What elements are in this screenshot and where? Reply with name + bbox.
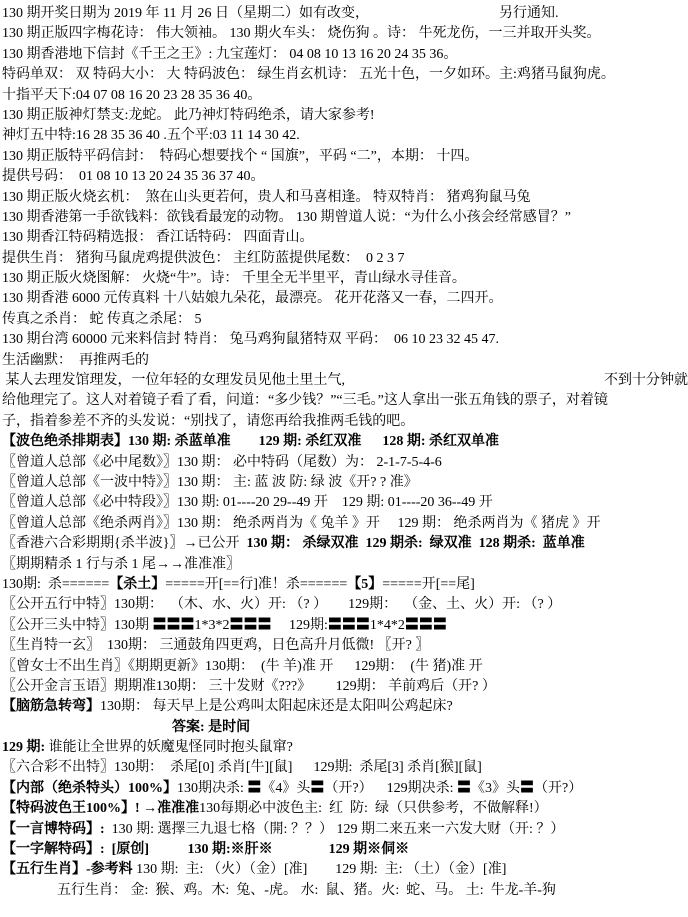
spacer xyxy=(369,14,499,15)
text-segment: 〓 xyxy=(247,779,261,799)
text-segment: 130期： 每天早上是公鸡叫太阳起床还是太阳叫公鸡起床? xyxy=(100,697,453,717)
line-shendeng-jin: 130 期正版神灯禁支:龙蛇。 此乃神灯特码绝杀，请大家参考! xyxy=(2,106,688,126)
text-segment: 提供生肖： 猪狗马鼠虎鸡提供波色： 主红防蓝提供尾数： 0 2 3 7 xyxy=(2,249,405,269)
line-humor-title: 生活幽默： 再推两毛的 xyxy=(2,351,688,371)
text-segment: 130 期正版神灯禁支:龙蛇。 此乃神灯特码绝杀，请大家参考! xyxy=(2,106,375,126)
line-answer: 答案: 是时间 xyxy=(2,718,688,738)
text-segment: 〖公开三头中特〗130期 xyxy=(2,616,153,636)
text-segment: 130 期正版火烧图解： 火烧“牛”。诗： 千里全无半里平，青山绿水寻佳音。 xyxy=(2,269,466,289)
line-tigong-shengxiao: 提供生肖： 猪狗马鼠虎鸡提供波色： 主红防蓝提供尾数： 0 2 3 7 xyxy=(2,249,688,269)
text-segment: 另行通知. xyxy=(499,4,559,24)
text-segment: 特码单双： 双 特码大小： 大 特码波色： 绿生肖玄机诗： 五光十色，一夕如环。… xyxy=(2,65,615,85)
text-segment: 〓〓〓 xyxy=(230,616,272,636)
text-segment: 130每期必中波色主: 红 防: 绿（只供参考，不做解释!） xyxy=(199,799,547,819)
text-segment: 130 期: 主: （火）（金）[准] 129 期: 主: （土）（金）[准] xyxy=(136,860,506,880)
text-segment: 〓〓〓 xyxy=(153,616,195,636)
line-juesha-liangxiao: 〖曾道人总部《绝杀两肖》〗130 期： 绝杀两肖为《 兔羊 》开 129 期： … xyxy=(2,514,688,534)
line-shengxiao-teyixuan: 〖生肖特一玄〗 130期： 三通鼓角四更鸡，日色高升月低微! 〖开? 〗 xyxy=(2,636,688,656)
text-segment: =====开[==行]准！杀====== xyxy=(165,575,347,595)
text-segment: 【内部（绝杀特头）100%】 xyxy=(2,779,177,799)
line-bose-juesha: 【波色绝杀排期表】130 期: 杀蓝单准 129 期: 杀红双准 128 期: … xyxy=(2,432,688,452)
text-segment: 〓 xyxy=(520,779,534,799)
text-segment: 130 期正版特平码信封： 特码心想要找个 “ 国旗”，平码 “二”，本期： 十… xyxy=(2,147,478,167)
text-segment: 〓〓〓 xyxy=(328,616,370,636)
line-tema-danshuang: 特码单双： 双 特码大小： 大 特码波色： 绿生肖玄机诗： 五光十色，一夕如环。… xyxy=(2,65,688,85)
text-segment: （开?） xyxy=(534,779,582,799)
line-bizhong-weishu: 〖曾道人总部《必中尾数》〗130 期： 必中特码（尾数）为： 2-1-7-5-4… xyxy=(2,453,688,473)
text-segment: 生活幽默： 再推两毛的 xyxy=(2,351,149,371)
text-segment: 谁能让全世界的妖魔鬼怪同时抱头鼠窜? xyxy=(45,738,293,758)
text-segment: 130 期开奖日期为 2019 年 11 月 26 日（星期二）如有改变， xyxy=(2,4,369,24)
lottery-tips-document: 130 期开奖日期为 2019 年 11 月 26 日（星期二）如有改变，另行通… xyxy=(0,0,688,901)
line-humor-2: 给他理完了。这人对着镜子看了看，问道：“多少钱？”“三毛。”这人拿出一张五角钱的… xyxy=(2,391,688,411)
line-yuqian: 130 期香港第一手欲钱料：欲钱看最宠的动物。 130 期曾道人说：“为什么小孩… xyxy=(2,208,688,228)
text-segment: 十指平天下:04 07 08 16 20 23 28 35 36 40。 xyxy=(2,86,261,106)
line-yibo-zhongte: 〖曾道人总部《一波中特》〗130 期： 主: 蓝 波 防: 绿 波《开? ? 准… xyxy=(2,473,688,493)
line-humor-1: 某人去理发馆理发，一位年轻的女理发员见他土里土气,不到十分钟就 xyxy=(2,371,688,391)
spacer xyxy=(345,381,604,382)
text-segment: 给他理完了。这人对着镜子看了看，问道：“多少钱？”“三毛。”这人拿出一张五角钱的… xyxy=(2,391,608,411)
text-segment: 〖公开金言玉语〗期期准130期： 三十发财《???》 129期： 羊前鸡后（开?… xyxy=(2,677,496,697)
text-segment: 〓〓〓 xyxy=(405,616,447,636)
line-wuxing-shengxiao: 【五行生肖】-参考料 130 期: 主: （火）（金）[准] 129 期: 主:… xyxy=(2,860,688,880)
line-fax-shaxiao: 传真之杀肖： 蛇 传真之杀尾： 5 xyxy=(2,310,688,330)
text-segment: （开?） 129期决杀: xyxy=(324,779,457,799)
text-segment: 130期: 杀====== xyxy=(2,575,109,595)
line-shizhi: 十指平天下:04 07 08 16 20 23 28 35 36 40。 xyxy=(2,86,688,106)
text-segment: 子，指着参差不齐的头发说：“别找了，请您再给我推两毛钱的吧。 xyxy=(2,412,414,432)
text-segment: 〖公开五行中特〗130期： （木、水、火）开: （? ） 129期： （金、土、… xyxy=(2,595,561,615)
text-segment: 130 期正版火烧玄机： 煞在山头更若何，贵人和马喜相逢。 特双特肖： 猪鸡狗鼠… xyxy=(2,188,531,208)
text-segment: 答案: 是时间 xyxy=(172,718,250,738)
text-segment: 129期: xyxy=(272,616,328,636)
text-segment: 130 期： 杀绿双准 129 期杀: 绿双准 128 期杀: 蓝单准 xyxy=(246,534,584,554)
text-segment: 《4》头 xyxy=(261,779,310,799)
line-humor-3: 子，指着参差不齐的头发说：“别找了，请您再给我推两毛钱的吧。 xyxy=(2,412,688,432)
text-segment: 不到十分钟就 xyxy=(604,371,688,391)
text-segment: 〖曾道人总部《一波中特》〗130 期： 主: 蓝 波 防: 绿 波《开? ? 准… xyxy=(2,473,418,493)
line-shendeng-wu: 神灯五中特:16 28 35 36 40 .五个平:03 11 14 30 42… xyxy=(2,126,688,146)
text-segment: 〖期期精杀 1 行与杀 1 尾→→准准准〗 xyxy=(2,555,240,575)
line-sha-tu: 130期: 杀======【杀土】=====开[==行]准！杀======【5】… xyxy=(2,575,688,595)
line-huoshao-xuanji: 130 期正版火烧玄机： 煞在山头更若何，贵人和马喜相逢。 特双特肖： 猪鸡狗鼠… xyxy=(2,188,688,208)
line-hk-envelope: 130 期香港地下信封《千王之王》: 九宝莲灯： 04 08 10 13 16 … xyxy=(2,45,688,65)
line-jinyan-yuyu: 〖公开金言玉语〗期期准130期： 三十发财《???》 129期： 羊前鸡后（开?… xyxy=(2,677,688,697)
text-segment: 〖曾道人总部《必中特段》〗130 期: 01----20 29--49 开 12… xyxy=(2,493,493,513)
line-129-riddle: 129 期: 谁能让全世界的妖魔鬼怪同时抱头鼠窜? xyxy=(2,738,688,758)
line-santou-zhongte: 〖公开三头中特〗130期 〓〓〓1*3*2〓〓〓 129期:〓〓〓1*4*2〓〓… xyxy=(2,616,688,636)
text-segment: 传真之杀肖： 蛇 传真之杀尾： 5 xyxy=(2,310,202,330)
text-segment: 1*4*2 xyxy=(370,616,405,636)
text-segment: 【特码波色王100%】! →准准准 xyxy=(2,799,199,819)
text-segment: 130 期香港 6000 元传真料 十八姑娘九朵花，最漂亮。 花开花落又一春，二… xyxy=(2,289,503,309)
text-segment: 〖六合彩不出特〗130期： 杀尾[0] 杀肖[牛][鼠] 129期: 杀尾[3]… xyxy=(2,758,482,778)
line-teping-envelope: 130 期正版特平码信封： 特码心想要找个 “ 国旗”，平码 “二”，本期： 十… xyxy=(2,147,688,167)
text-segment: 〖曾女士不出生肖〗《期期更新》130期： (牛 羊)准 开 129期： (牛 猪… xyxy=(2,657,483,677)
line-bizhong-teduan: 〖曾道人总部《必中特段》〗130 期: 01----20 29--49 开 12… xyxy=(2,493,688,513)
text-segment: 〖生肖特一玄〗 130期： 三通鼓角四更鸡，日色高升月低微! 〖开? 〗 xyxy=(2,636,429,656)
line-draw-date: 130 期开奖日期为 2019 年 11 月 26 日（星期二）如有改变，另行通… xyxy=(2,4,688,24)
text-segment: 130 期台湾 60000 元来料信封 特肖： 兔马鸡狗鼠猪特双 平码： 06 … xyxy=(2,330,499,350)
text-segment: 【脑筋急转弯】 xyxy=(2,697,100,717)
text-segment: 130 期香港第一手欲钱料：欲钱看最宠的动物。 130 期曾道人说：“为什么小孩… xyxy=(2,208,571,228)
line-naojin: 【脑筋急转弯】130期： 每天早上是公鸡叫太阳起床还是太阳叫公鸡起床? xyxy=(2,697,688,717)
text-segment: 【杀土】 xyxy=(109,575,165,595)
text-segment: 提供号码： 01 08 10 13 20 24 35 36 37 40。 xyxy=(2,167,265,187)
text-segment: 〖曾道人总部《必中尾数》〗130 期： 必中特码（尾数）为： 2-1-7-5-4… xyxy=(2,453,442,473)
text-segment: 1*3*2 xyxy=(195,616,230,636)
text-segment: 〓 xyxy=(310,779,324,799)
line-yiyan-bo: 【一言博特码】: 130 期: 選擇三九退七格（開: ？？） 129 期二来五来… xyxy=(2,820,688,840)
line-huoshao-tujie: 130 期正版火烧图解： 火烧“牛”。诗： 千里全无半里平，青山绿水寻佳音。 xyxy=(2,269,688,289)
line-xiangjiang: 130 期香江特码精选报： 香江话特码： 四面青山。 xyxy=(2,228,688,248)
line-sha-banbo: 〖香港六合彩期期{杀半波}〗→已公开 130 期： 杀绿双准 129 期杀: 绿… xyxy=(2,534,688,554)
line-bose-wang: 【特码波色王100%】! →准准准130每期必中波色主: 红 防: 绿（只供参考… xyxy=(2,799,688,819)
text-segment: 130 期: 選擇三九退七格（開: ？？） 129 期二来五来一六发大财（开: … xyxy=(108,820,564,840)
text-segment: 〓 xyxy=(457,779,471,799)
line-yizi-jie: 【一字解特码】: [原创] 130 期:※肝※ 129 期※侗※ xyxy=(2,840,688,860)
line-6000-fax: 130 期香港 6000 元传真料 十八姑娘九朵花，最漂亮。 花开花落又一春，二… xyxy=(2,289,688,309)
text-segment: 五行生肖： 金: 猴、鸡。木: 兔、-虎。 水: 鼠、猪。火: 蛇、马。 土: … xyxy=(57,881,556,901)
text-segment: 〖曾道人总部《绝杀两肖》〗130 期： 绝杀两肖为《 兔羊 》开 129 期： … xyxy=(2,514,601,534)
text-segment: 130期决杀: xyxy=(177,779,247,799)
text-segment: 129 期: xyxy=(2,738,45,758)
text-segment: 130 期香港地下信封《千王之王》: 九宝莲灯： 04 08 10 13 16 … xyxy=(2,45,457,65)
line-wuxing-zhongte: 〖公开五行中特〗130期： （木、水、火）开: （? ） 129期： （金、土、… xyxy=(2,595,688,615)
text-segment: 【5】 xyxy=(347,575,382,595)
text-segment: 〖香港六合彩期期{杀半波}〗→已公开 xyxy=(2,534,246,554)
line-buchute: 〖六合彩不出特〗130期： 杀尾[0] 杀肖[牛][鼠] 129期: 杀尾[3]… xyxy=(2,758,688,778)
line-jingsha: 〖期期精杀 1 行与杀 1 尾→→准准准〗 xyxy=(2,555,688,575)
text-segment: 《3》头 xyxy=(471,779,520,799)
text-segment: 【一言博特码】: xyxy=(2,820,108,840)
line-meihua-poem: 130 期正版四字梅花诗： 伟大领袖。 130 期火车头： 烧伤狗 。诗： 牛死… xyxy=(2,24,688,44)
line-taiwan-60000: 130 期台湾 60000 元来料信封 特肖： 兔马鸡狗鼠猪特双 平码： 06 … xyxy=(2,330,688,350)
text-segment: 130 期正版四字梅花诗： 伟大领袖。 130 期火车头： 烧伤狗 。诗： 牛死… xyxy=(2,24,601,44)
text-segment: 130 期香江特码精选报： 香江话特码： 四面青山。 xyxy=(2,228,314,248)
text-segment: 【五行生肖】-参考料 xyxy=(2,860,136,880)
line-tigong-haoma: 提供号码： 01 08 10 13 20 24 35 36 37 40。 xyxy=(2,167,688,187)
text-segment: =====开[==尾] xyxy=(382,575,475,595)
text-segment: 【一字解特码】: [原创] 130 期:※肝※ 129 期※侗※ xyxy=(2,840,409,860)
line-wuxing-map: 五行生肖： 金: 猴、鸡。木: 兔、-虎。 水: 鼠、猪。火: 蛇、马。 土: … xyxy=(2,881,688,901)
line-zengnvshi: 〖曾女士不出生肖〗《期期更新》130期： (牛 羊)准 开 129期： (牛 猪… xyxy=(2,657,688,677)
text-segment: 神灯五中特:16 28 35 36 40 .五个平:03 11 14 30 42… xyxy=(2,126,300,146)
text-segment: 某人去理发馆理发，一位年轻的女理发员见他土里土气, xyxy=(2,371,345,391)
line-juesha-tetou: 【内部（绝杀特头）100%】130期决杀: 〓《4》头〓（开?） 129期决杀:… xyxy=(2,779,688,799)
text-segment: 【波色绝杀排期表】130 期: 杀蓝单准 129 期: 杀红双准 128 期: … xyxy=(2,432,499,452)
